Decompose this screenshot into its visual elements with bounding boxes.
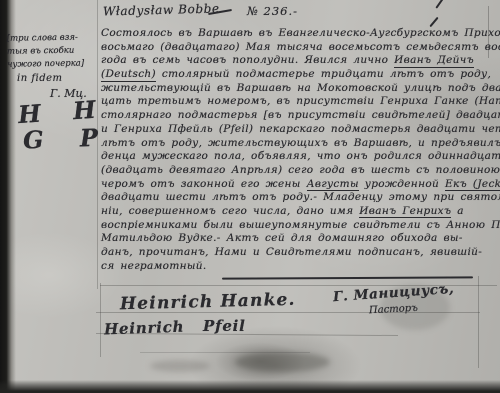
- record-text-segment: столярнаго подмастерья [въ присутствіи с…: [101, 109, 500, 121]
- record-number: № 236.-: [247, 4, 298, 18]
- record-line: столярнаго подмастерья [въ присутствіи с…: [101, 109, 498, 123]
- register-page-scan: Władysław Bobbe № 236.- [три слова взя- …: [0, 0, 500, 393]
- record-line: лѣтъ отъ роду, жительствующихъ въ Варшав…: [101, 137, 498, 151]
- margin-clerk-note: [три слова взя- тыя въ скобки чужого поч…: [7, 31, 100, 72]
- record-text-segment: столярный подмастерье тридцати лѣтъ отъ …: [156, 68, 491, 80]
- record-line: ся неграмотный.: [101, 260, 498, 274]
- signature-rule-line: [140, 352, 310, 353]
- record-text-segment: ніи, совершенномъ сего числа, дано имя: [101, 205, 359, 217]
- record-text-segment: лѣтъ отъ роду, жительствующихъ въ Варшав…: [101, 137, 500, 149]
- record-line: воспріемниками были вышеупомянутые свидѣ…: [101, 219, 498, 233]
- record-text-segment: восьмаго (двадцатаго) Мая тысяча восемьс…: [101, 41, 500, 53]
- record-line: цать третьимъ номеромъ, въ присутствіи Г…: [101, 95, 498, 109]
- record-text-segment: черомъ отъ законной его жены: [101, 178, 307, 190]
- record-text-segment: цать третьимъ номеромъ, въ присутствіи Г…: [101, 95, 500, 107]
- book-binding-shadow-bottom: [0, 380, 500, 393]
- record-line: восьмаго (двадцатаго) Мая тысяча восемьс…: [101, 41, 498, 55]
- record-line: черомъ отъ законной его жены Августы уро…: [101, 178, 498, 192]
- record-line: Матильдою Вудке.- Актъ сей для домашняго…: [101, 232, 498, 246]
- paper-stain: [150, 360, 210, 372]
- record-line: данъ, прочитанъ, Нами и Свидѣтелями подп…: [101, 246, 498, 260]
- record-underlined-name: Екъ (Jeck): [445, 178, 500, 192]
- signature-rule-vertical: [100, 283, 101, 357]
- record-text-segment: а: [451, 205, 464, 217]
- signature-witness-pfeil-firstname: Heinrich: [104, 318, 185, 339]
- record-underlined-name: Августы: [307, 178, 359, 192]
- record-text-segment: двадцати шести лѣтъ отъ роду.- Младенцу …: [101, 191, 500, 203]
- record-line: года въ семь часовъ пополудни. Явился ли…: [101, 54, 498, 68]
- record-text-segment: денца мужескаго пола, объявляя, что онъ …: [101, 150, 500, 162]
- pen-mark-top-right: [429, 17, 438, 27]
- closing-ink-rule: [222, 276, 473, 279]
- header-child-name: Władysław Bobbe: [103, 1, 220, 18]
- record-text-segment: и Генриха Пфейль (Pfeil) пекарскаго подм…: [101, 123, 500, 135]
- record-text-segment: воспріемниками были вышеупомянутые свидѣ…: [101, 219, 500, 231]
- record-line: и Генриха Пфейль (Pfeil) пекарскаго подм…: [101, 123, 498, 137]
- record-text-segment: ся неграмотный.: [101, 260, 207, 272]
- record-underlined-name: (Deutsch): [101, 68, 156, 82]
- record-text-segment: Состоялось въ Варшавѣ въ Евангелическо-А…: [101, 27, 500, 39]
- signature-rule-vertical: [478, 276, 479, 368]
- margin-note-line: чужого почерка]: [7, 57, 99, 72]
- record-line: жительствующій въ Варшавѣ на Мокотовской…: [101, 82, 498, 96]
- record-underlined-name: Иванъ Дейчъ: [394, 54, 474, 68]
- record-body-text: Состоялось въ Варшавѣ въ Евангелическо-А…: [101, 27, 498, 273]
- pen-mark-top-right: [435, 0, 445, 9]
- record-line: ніи, совершенномъ сего числа, дано имя И…: [101, 205, 498, 219]
- signature-witness-pfeil-lastname: Pfeil: [203, 317, 246, 335]
- record-line: (двадцать девятаго Апрѣля) сего года въ …: [101, 164, 498, 178]
- record-underlined-name: Иванъ Генрихъ: [359, 205, 451, 219]
- witness-monogram-initials-2: G P: [23, 122, 113, 154]
- in-fidem-note: in fidem: [17, 73, 63, 84]
- paper-stain: [235, 352, 330, 372]
- record-line: двадцати шести лѣтъ отъ роду.- Младенцу …: [101, 191, 498, 205]
- record-line: (Deutsch) столярный подмастерье тридцати…: [101, 68, 498, 82]
- record-line: денца мужескаго пола, объявляя, что онъ …: [101, 150, 498, 164]
- record-text-segment: Матильдою Вудке.- Актъ сей для домашняго…: [101, 232, 463, 244]
- record-text-segment: урожденной: [359, 178, 445, 190]
- signature-witness-hanke: Heinrich Hanke.: [120, 290, 296, 315]
- record-text-segment: жительствующій въ Варшавѣ на Мокотовской…: [101, 82, 500, 94]
- record-text-segment: данъ, прочитанъ, Нами и Свидѣтелями подп…: [101, 246, 482, 258]
- record-text-segment: (двадцать девятаго Апрѣля) сего года въ …: [101, 164, 500, 176]
- record-line: Состоялось въ Варшавѣ въ Евангелическо-А…: [101, 27, 498, 41]
- record-text-segment: года въ семь часовъ пополудни. Явился ли…: [101, 54, 394, 66]
